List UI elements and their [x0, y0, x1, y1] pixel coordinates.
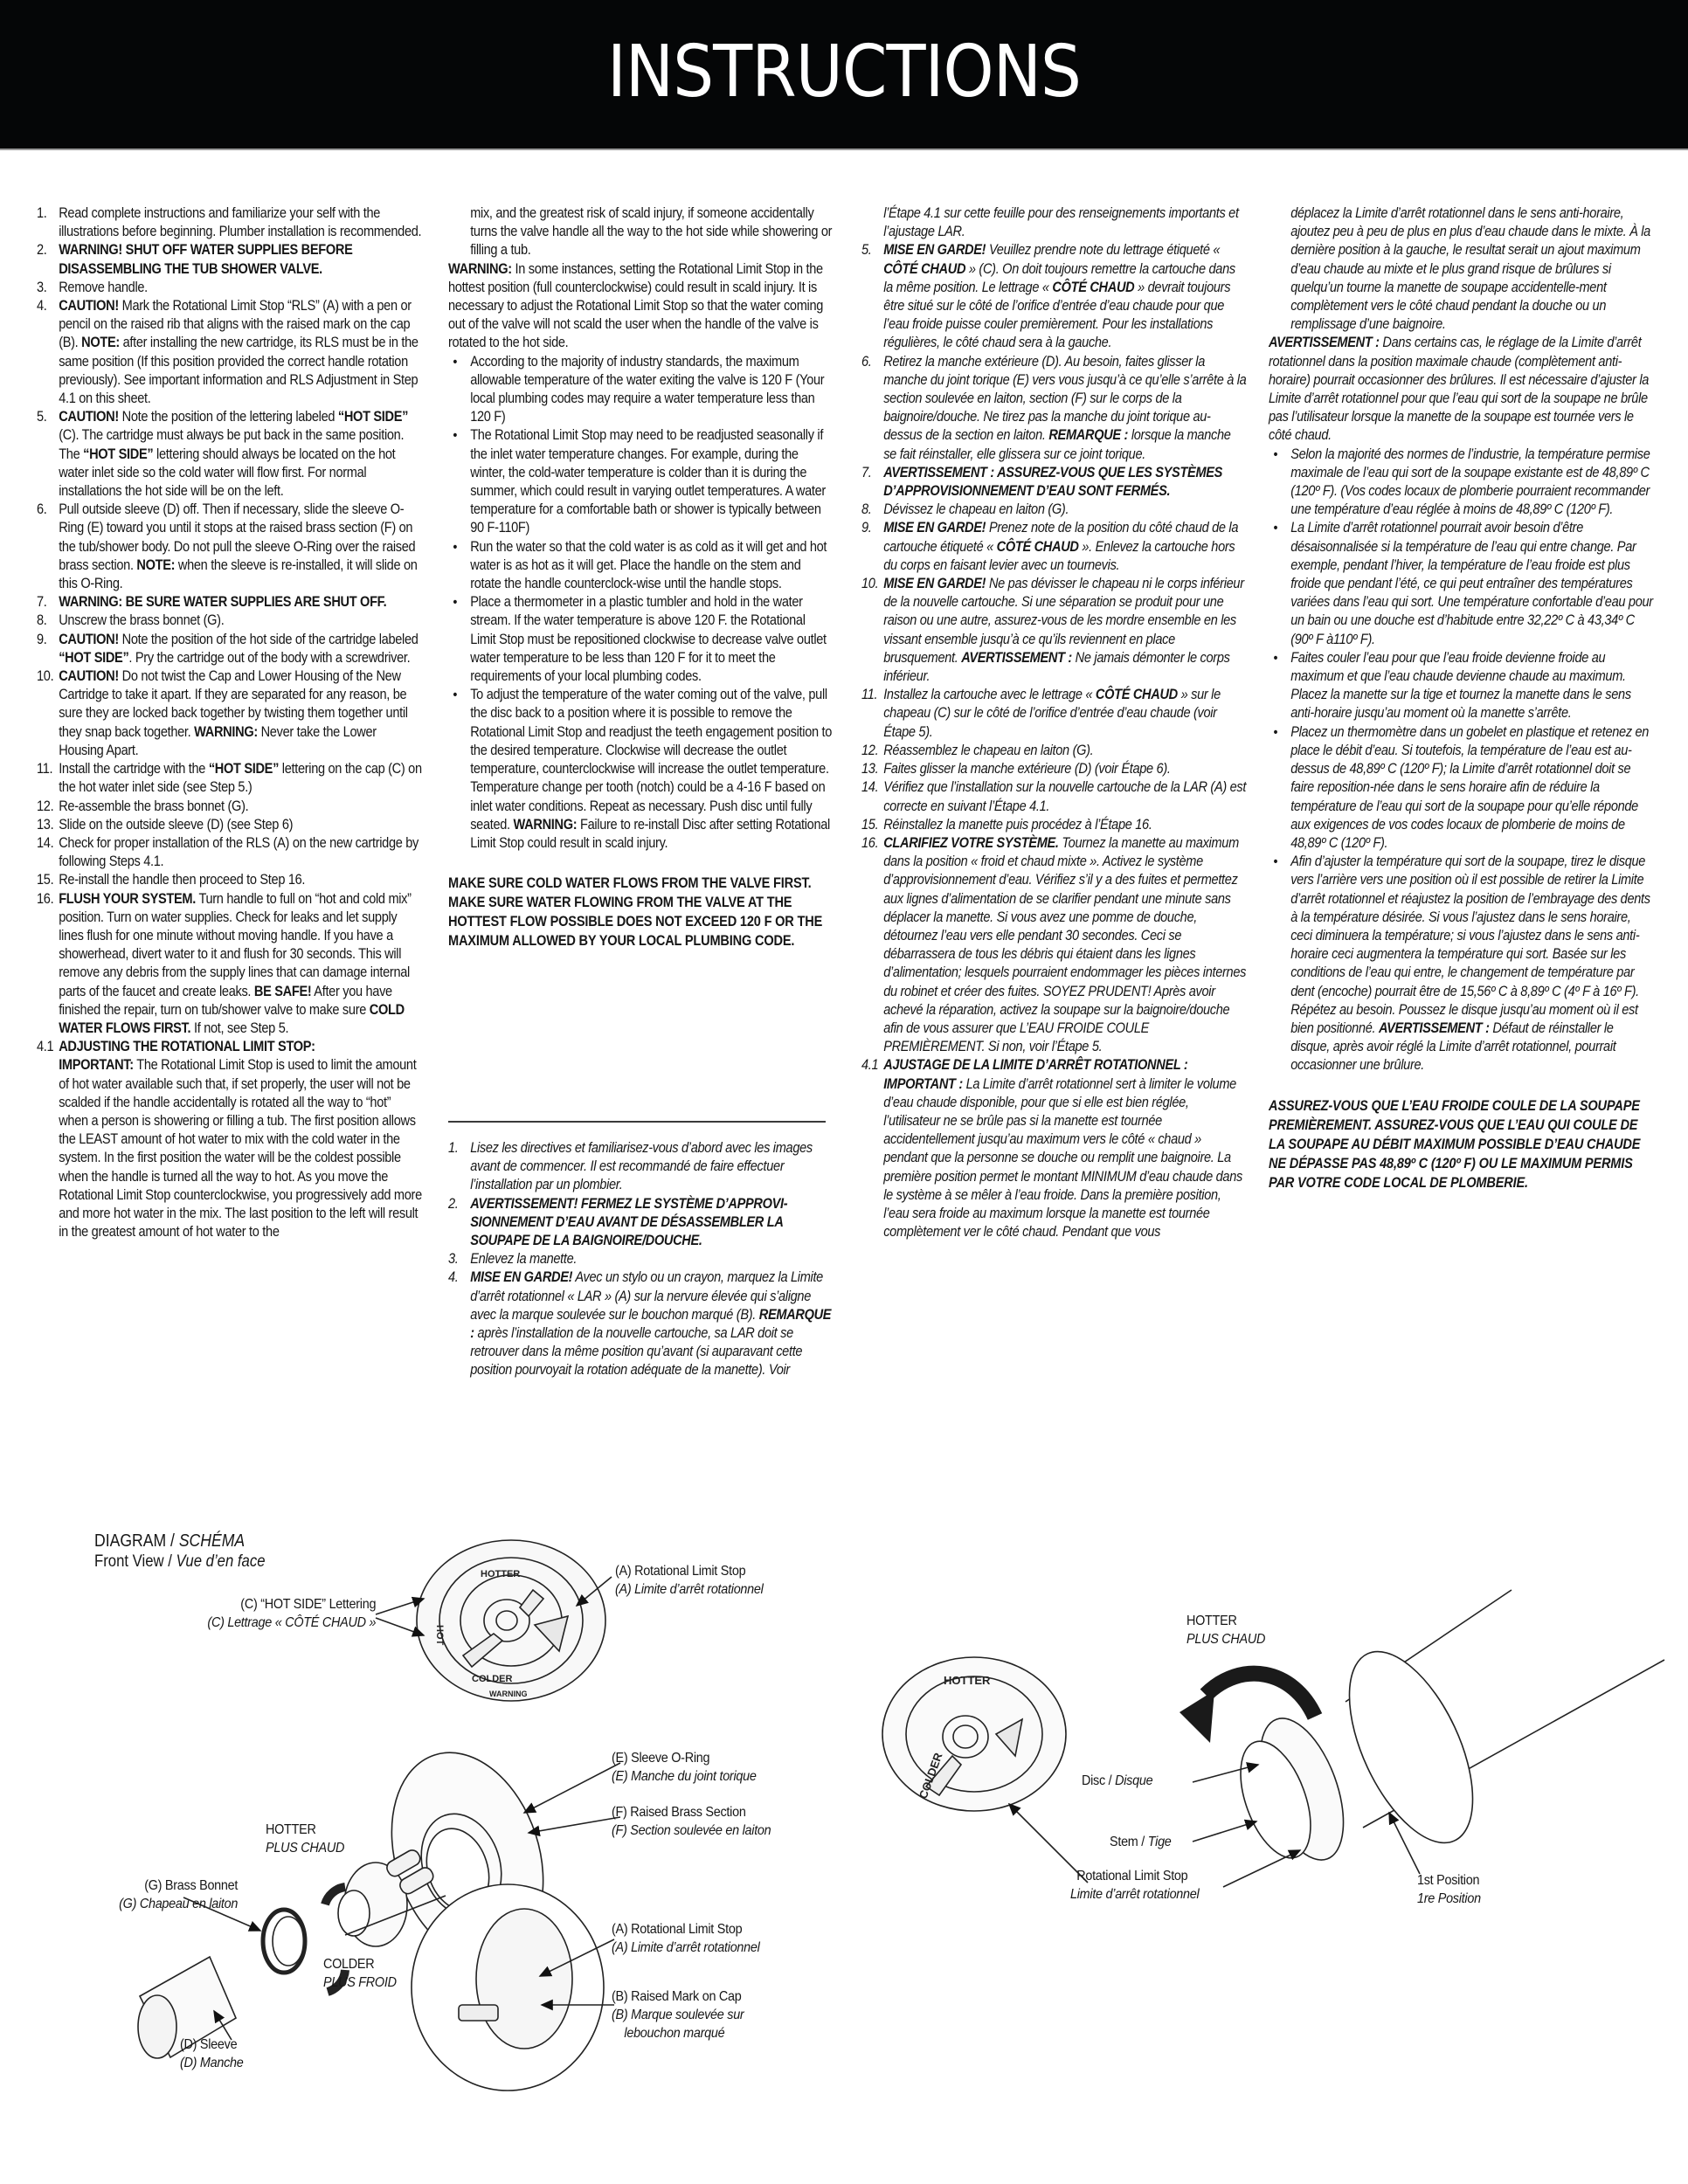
label-c-hot-side: (C) “HOT SIDE” Lettering (C) Lettrage « …: [207, 1595, 376, 1632]
label-b-raised-mark: (B) Raised Mark on Cap (B) Marque soulev…: [612, 1987, 744, 2042]
dial2-text-hotter: HOTTER: [944, 1674, 991, 1687]
label-rls: Rotational Limit Stop Limite d’arrêt rot…: [1070, 1867, 1199, 1904]
label-a2-rotational-limit-stop: (A) Rotational Limit Stop (A) Limite d’a…: [612, 1920, 760, 1957]
label-a-rotational-limit-stop: (A) Rotational Limit Stop (A) Limite d’a…: [615, 1562, 764, 1599]
label-g-en: (G) Brass Bonnet: [119, 1876, 238, 1895]
label-disc: Disc / Disque: [1082, 1772, 1152, 1790]
label-hotter: HOTTER PLUS CHAUD: [266, 1821, 344, 1857]
label-b-en: (B) Raised Mark on Cap: [612, 1987, 744, 2006]
label-f-fr: (F) Section soulevée en laiton: [612, 1821, 771, 1840]
label-disc-en: Disc /: [1082, 1773, 1115, 1788]
label-colder: COLDER PLUS FROID: [323, 1955, 397, 1992]
label-c-fr: (C) Lettrage « CÔTÉ CHAUD »: [207, 1614, 376, 1632]
label-d-en: (D) Sleeve: [180, 2035, 244, 2054]
label-stem-en: Stem /: [1110, 1835, 1148, 1849]
label-stem: Stem / Tige: [1110, 1833, 1172, 1851]
label-a2-en: (A) Rotational Limit Stop: [612, 1920, 760, 1939]
label-right-hotter-fr: PLUS CHAUD: [1186, 1630, 1265, 1648]
label-stem-fr: Tige: [1148, 1835, 1172, 1849]
label-d-sleeve: (D) Sleeve (D) Manche: [180, 2035, 244, 2072]
label-g-fr: (G) Chapeau en laiton: [119, 1895, 238, 1913]
label-right-hotter: HOTTER PLUS CHAUD: [1186, 1612, 1265, 1648]
dial-text-hotter: HOTTER: [481, 1569, 520, 1579]
dial-text-colder: COLDER: [472, 1674, 513, 1684]
label-f-raised-brass: (F) Raised Brass Section (F) Section sou…: [612, 1803, 771, 1840]
diagram-artwork: HOTTER HOT COLDER WARNING HOTTER COLDER: [0, 0, 1688, 2184]
label-a-fr: (A) Limite d’arrêt rotationnel: [615, 1580, 764, 1599]
label-b-fr2: lebouchon marqué: [612, 2024, 744, 2042]
label-pos-fr: 1re Position: [1417, 1890, 1481, 1908]
label-pos-en: 1st Position: [1417, 1871, 1481, 1890]
label-a-en: (A) Rotational Limit Stop: [615, 1562, 764, 1580]
label-c-en: (C) “HOT SIDE” Lettering: [207, 1595, 376, 1614]
label-colder-en: COLDER: [323, 1955, 397, 1973]
label-e-sleeve-oring: (E) Sleeve O-Ring (E) Manche du joint to…: [612, 1749, 757, 1786]
label-rls-fr: Limite d’arrêt rotationnel: [1070, 1885, 1199, 1904]
label-g-brass-bonnet: (G) Brass Bonnet (G) Chapeau en laiton: [119, 1876, 238, 1913]
valve-body-icon: [1227, 1590, 1664, 1871]
label-first-position: 1st Position 1re Position: [1417, 1871, 1481, 1908]
label-hotter-en: HOTTER: [266, 1821, 344, 1839]
label-rls-en: Rotational Limit Stop: [1070, 1867, 1199, 1885]
brass-bonnet-icon: [263, 1910, 305, 1973]
label-d-fr: (D) Manche: [180, 2054, 244, 2072]
label-e-fr: (E) Manche du joint torique: [612, 1767, 757, 1786]
label-a2-fr: (A) Limite d’arrêt rotationnel: [612, 1939, 760, 1957]
label-right-hotter-en: HOTTER: [1186, 1612, 1265, 1630]
dial-text-hot: HOT: [434, 1625, 445, 1646]
dial-text-warning: WARNING: [489, 1690, 528, 1698]
label-colder-fr: PLUS FROID: [323, 1973, 397, 1992]
label-disc-fr: Disque: [1115, 1773, 1152, 1788]
label-f-en: (F) Raised Brass Section: [612, 1803, 771, 1821]
label-hotter-fr: PLUS CHAUD: [266, 1839, 344, 1857]
label-b-fr1: (B) Marque soulevée sur: [612, 2006, 744, 2024]
label-e-en: (E) Sleeve O-Ring: [612, 1749, 757, 1767]
